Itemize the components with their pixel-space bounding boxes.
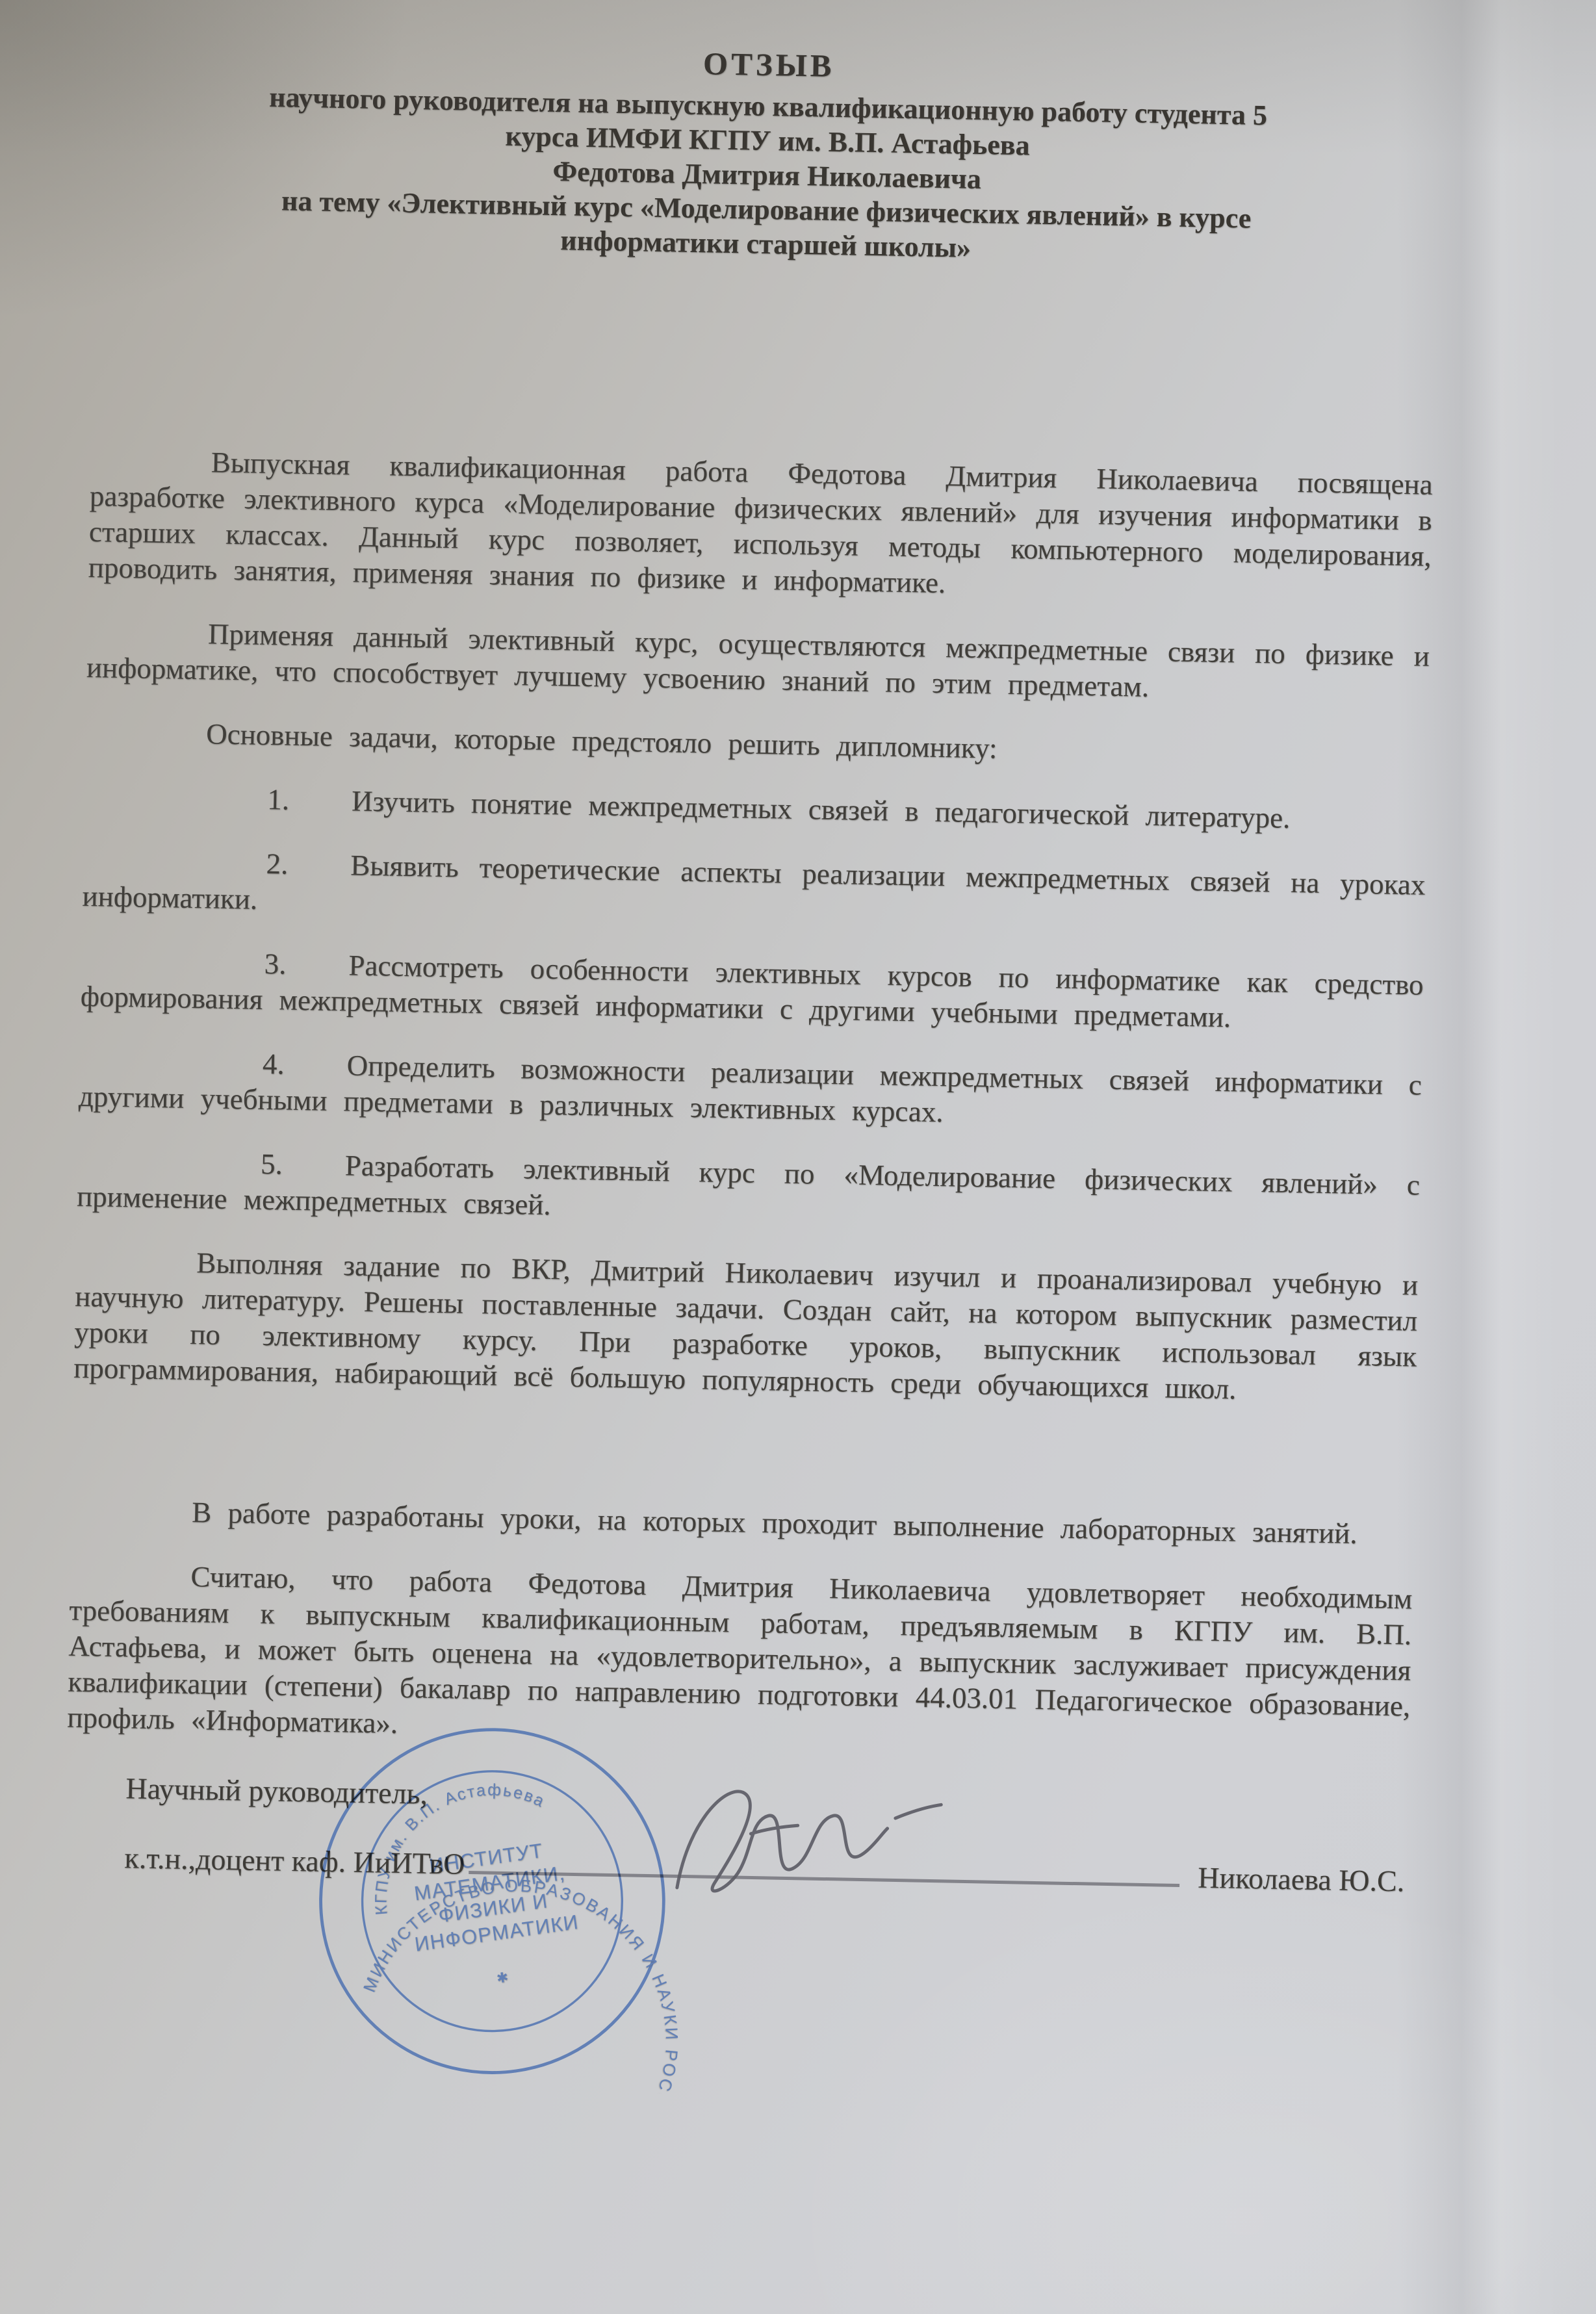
task-number: 5.: [261, 1148, 283, 1181]
paragraph-labs: В работе разработаны уроки, на которых п…: [71, 1493, 1414, 1553]
supervisor-degree-line: к.т.н.,доцент каф. ИиИТвО: [124, 1840, 465, 1882]
task-tab: [286, 974, 348, 975]
stamp-ministry-ring-text: МИНИСТЕРСТВО ОБРАЗОВАНИЯ И НАУКИ РОССИЙС…: [347, 1855, 685, 2094]
signature-row: к.т.н.,доцент каф. ИиИТвО Николаева Ю.С.: [124, 1831, 1408, 1899]
supervisor-role-line: Научный руководитель,: [125, 1770, 1409, 1829]
task-number: 4.: [263, 1048, 285, 1081]
stamp-outer-circle: [300, 1708, 685, 2094]
paragraph-vkr: Выполняя задание по ВКР, Дмитрий Николае…: [73, 1243, 1419, 1411]
task-item-3: 3.Рассмотреть особенности элективных кур…: [80, 943, 1424, 1039]
document-subtitle: научного руководителя на выпускную квали…: [94, 77, 1440, 274]
document-photo: ОТЗЫВ научного руководителя на выпускную…: [0, 0, 1596, 2314]
task-item-2: 2.Выявить теоретические аспекты реализац…: [82, 843, 1426, 939]
task-tab: [288, 874, 350, 875]
task-number: 1.: [267, 783, 290, 816]
stamp-center-line: ФИЗИКИ И: [437, 1889, 549, 1927]
task-item-1: 1.Изучить понятие межпредметных связей в…: [84, 778, 1427, 839]
task-tab: [289, 810, 352, 811]
task-number: 3.: [264, 947, 287, 981]
task-item-5: 5.Разработать элективный курс по «Модели…: [77, 1143, 1421, 1239]
university-stamp: МИНИСТЕРСТВО ОБРАЗОВАНИЯ И НАУКИ РОССИЙС…: [300, 1708, 685, 2094]
supervisor-name: Николаева Ю.С.: [1198, 1860, 1408, 1899]
paragraph-intro: Выпускная квалификационная работа Федото…: [88, 443, 1433, 610]
task-item-4: 4.Определить возможности реализации межп…: [79, 1043, 1422, 1139]
task-number: 2.: [266, 847, 289, 881]
document-page: ОТЗЫВ научного руководителя на выпускную…: [0, 0, 1596, 2161]
stamp-center-star: ✱: [496, 1969, 510, 1986]
paragraph-tasks-heading: Основные задачи, которые предстояло реши…: [85, 714, 1428, 775]
signature-block: Научный руководитель, к.т.н.,доцент каф.…: [60, 1769, 1409, 2158]
task-tab: [284, 1074, 346, 1075]
svg-text:МИНИСТЕРСТВО ОБРАЗОВАНИЯ И НАУ: МИНИСТЕРСТВО ОБРАЗОВАНИЯ И НАУКИ РОССИЙС…: [347, 1855, 685, 2094]
paragraph-interdisciplinary: Применяя данный элективный курс, осущест…: [86, 614, 1430, 710]
paragraph-conclusion: Считаю, что работа Федотова Дмитрия Нико…: [67, 1557, 1413, 1760]
document-body: Выпускная квалификационная работа Федото…: [67, 443, 1433, 1760]
stamp-center-line: ИНФОРМАТИКИ: [413, 1910, 580, 1956]
signature-line: [469, 1837, 1180, 1887]
task-text: Изучить понятие межпредметных связей в п…: [352, 784, 1291, 834]
task-tab: [283, 1174, 345, 1176]
